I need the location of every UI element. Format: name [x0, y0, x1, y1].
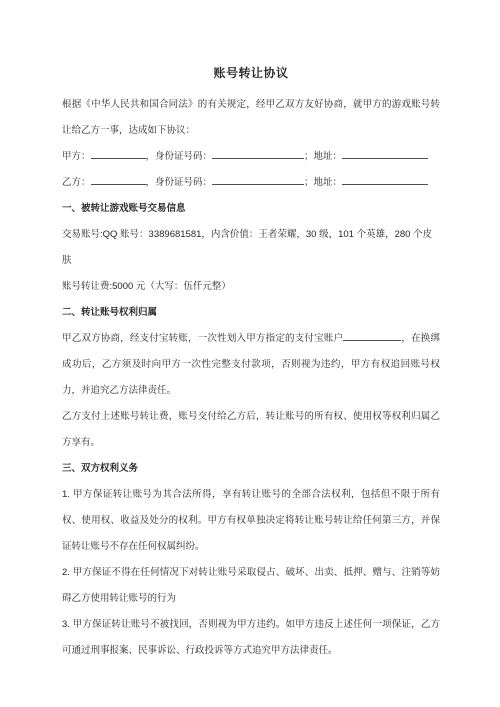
party-b-name-label: 乙方：	[62, 177, 91, 188]
party-a-id-label: ，身份证号码：	[146, 151, 213, 162]
intro-paragraph: 根据《中华人民共和国合同法》的有关规定，经甲乙双方友好协商，就甲方的游戏账号转让…	[62, 92, 440, 144]
account-info-line: 交易账号:QQ 账号：3389681581，内含价值：王者荣耀，30 级，101…	[62, 222, 440, 274]
party-b-line: 乙方：，身份证号码：；地址：	[62, 170, 440, 196]
party-a-line: 甲方：，身份证号码：；地址：	[62, 144, 440, 170]
transfer-fee-line: 账号转让费:5000 元（大写：伍仟元整）	[62, 274, 440, 300]
section-3-heading: 三、双方权利义务	[62, 456, 440, 482]
obligation-item-3: 3. 甲方保证转让账号不被找回，否则视为甲方违约。如甲方违反上述任何一项保证，乙…	[62, 612, 440, 664]
obligation-item-1: 1. 甲方保证转让账号为其合法所得，享有转让账号的全部合法权利，包括但不限于所有…	[62, 482, 440, 560]
document-title: 账号转让协议	[62, 60, 440, 86]
party-b-addr-label: ；地址：	[304, 177, 342, 188]
party-a-name-label: 甲方：	[62, 151, 91, 162]
party-a-name-blank	[91, 148, 146, 159]
payment-paragraph: 甲乙双方协商，经支付宝转账，一次性划入甲方指定的支付宝账户，在换绑成功后，乙方须…	[62, 326, 440, 404]
party-b-name-blank	[91, 174, 146, 185]
party-b-id-blank	[212, 174, 304, 185]
document-page: 账号转让协议 根据《中华人民共和国合同法》的有关规定，经甲乙双方友好协商，就甲方…	[0, 0, 500, 707]
party-b-addr-blank	[342, 174, 428, 185]
obligation-item-2: 2. 甲方保证不得在任何情况下对转让账号采取侵占、破坏、出卖、抵押、赠与、注销等…	[62, 560, 440, 612]
party-a-addr-blank	[342, 148, 428, 159]
section-2-heading: 二、转让账号权利归属	[62, 300, 440, 326]
party-a-addr-label: ；地址：	[304, 151, 342, 162]
ownership-paragraph: 乙方支付上述账号转让费，账号交付给乙方后，转让账号的所有权、使用权等权利归属乙方…	[62, 404, 440, 456]
alipay-account-blank	[343, 330, 401, 341]
party-b-id-label: ，身份证号码：	[146, 177, 213, 188]
section-1-heading: 一、被转让游戏账号交易信息	[62, 196, 440, 222]
party-a-id-blank	[212, 148, 304, 159]
payment-text-before-blank: 甲乙双方协商，经支付宝转账，一次性划入甲方指定的支付宝账户	[62, 333, 343, 344]
